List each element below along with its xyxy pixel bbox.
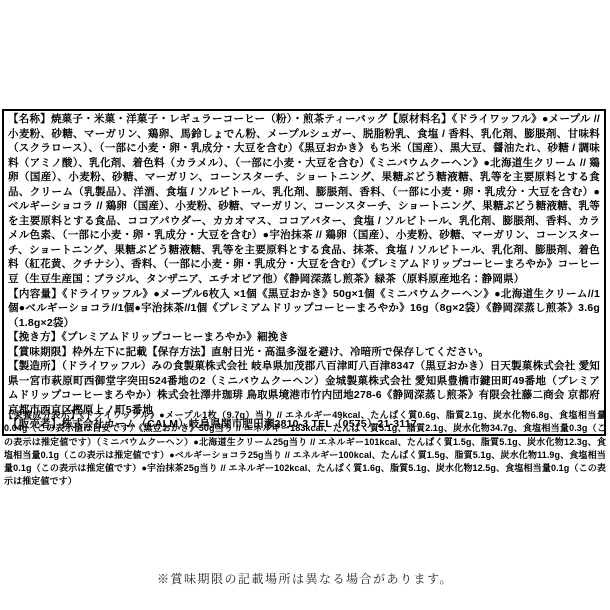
section-name-and-ingredients: 【名称】焼菓子・米菓・洋菓子・レギュラーコーヒー（粉）・煎茶ティーバッグ【原材料…: [8, 112, 600, 287]
section-expiry-and-storage: 【賞味期限】枠外左下に記載【保存方法】直射日光・高温多湿を避け、冷暗所で保存して…: [8, 345, 600, 360]
section-contents: 【内容量】《ドライワッフル》●メープル6枚入 ×1個《黒豆おかき》50g×1個《…: [8, 287, 600, 331]
nutrition-facts-text: 【栄養成分表示】《ドライワッフル》●メープル1枚（9.7g）当り // エネルギ…: [4, 409, 606, 489]
product-label-sheet: 【名称】焼菓子・米菓・洋菓子・レギュラーコーヒー（粉）・煎茶ティーバッグ【原材料…: [0, 0, 610, 610]
nutrition-facts-block: 【栄養成分表示】《ドライワッフル》●メープル1枚（9.7g）当り // エネルギ…: [4, 409, 606, 489]
section-grind: 【挽き方】《プレミアムドリップコーヒーまろやか》細挽き: [8, 330, 600, 345]
expiry-location-note: ※賞味期限の記載場所は異なる場合があります。: [0, 570, 610, 587]
label-info-box: 【名称】焼菓子・米菓・洋菓子・レギュラーコーヒー（粉）・煎茶ティーバッグ【原材料…: [2, 109, 606, 436]
